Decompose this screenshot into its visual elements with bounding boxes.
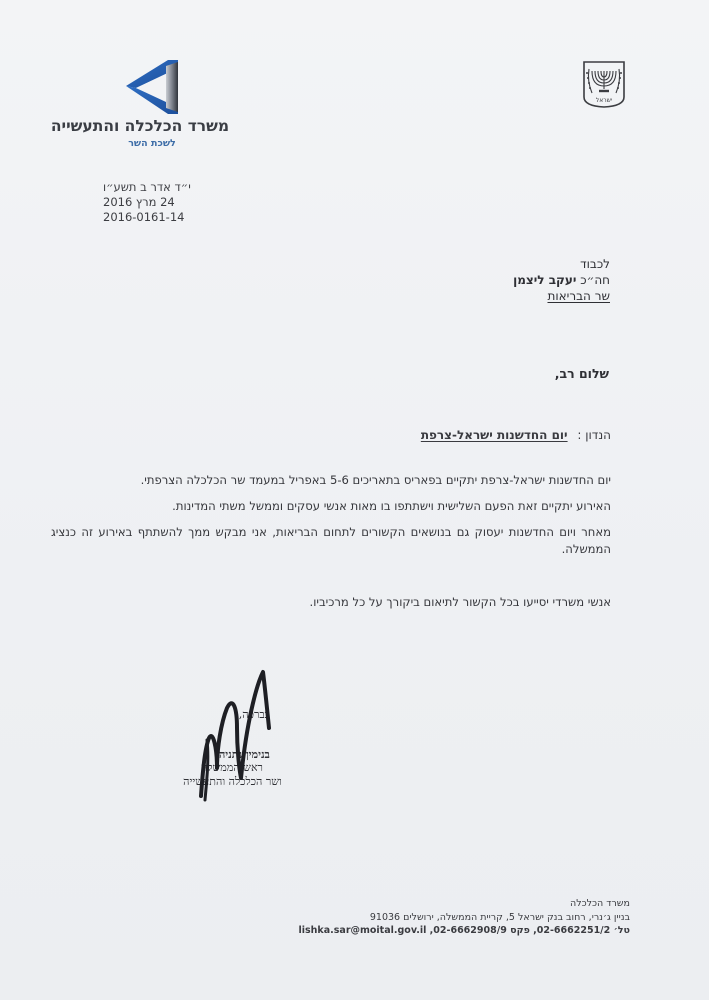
subject-line: הנדון : יום החדשנות ישראל-צרפת <box>421 428 611 442</box>
closing-paragraph: אנשי משרדי יסייעו בכל הקשור לתיאום ביקור… <box>51 594 611 611</box>
footer-contact: טל׳ 02-6662251/2, פקס 02-6662908/9, lish… <box>298 924 630 938</box>
footer-org-name: משרד הכלכלה <box>298 897 630 911</box>
footer: משרד הכלכלה בניין ג׳נרי, רחוב בנק ישראל … <box>298 897 630 938</box>
recipient-block: לכבוד חה״כ יעקב ליצמן שר הבריאות <box>513 256 610 304</box>
state-emblem-icon: ישראל <box>580 59 628 109</box>
emblem-caption: ישראל <box>596 97 612 104</box>
body-paragraph: מאחר ויום החדשנות יעסוק גם בנושאים הקשור… <box>51 524 611 558</box>
ministry-name: משרד הכלכלה והתעשייה <box>40 117 240 135</box>
subject-title: יום החדשנות ישראל-צרפת <box>421 428 568 442</box>
body-paragraph: יום החדשנות ישראל-צרפת יתקיים בפאריס בתא… <box>51 472 611 489</box>
office-name: לשכת השר <box>117 138 187 149</box>
recipient-title-prefix: חה״כ <box>580 273 610 287</box>
letter-body: יום החדשנות ישראל-צרפת יתקיים בפאריס בתא… <box>51 472 611 620</box>
recipient-salutation: לכבוד <box>513 256 610 272</box>
recipient-name-line: חה״כ יעקב ליצמן <box>513 272 610 288</box>
recipient-role: שר הבריאות <box>513 288 610 304</box>
gregorian-date: 24 מרץ 2016 <box>103 195 191 210</box>
subject-label: הנדון : <box>577 428 611 442</box>
body-paragraph: האירוע יתקיים זאת הפעם השלישית וישתתפו ב… <box>51 498 611 515</box>
footer-address: בניין ג׳נרי, רחוב בנק ישראל 5, קריית הממ… <box>298 911 630 925</box>
ministry-logo-icon <box>122 58 178 114</box>
recipient-name: יעקב ליצמן <box>513 273 576 287</box>
letter-page: משרד הכלכלה והתעשייה לשכת השר ישראל י״ד … <box>0 0 709 1000</box>
date-block: י״ד אדר ב תשע״ו 24 מרץ 2016 2016-0161-14 <box>103 180 191 225</box>
handwritten-signature-icon <box>195 668 275 803</box>
greeting: שלום רב, <box>555 366 609 381</box>
reference-number: 2016-0161-14 <box>103 210 191 225</box>
hebrew-date: י״ד אדר ב תשע״ו <box>103 180 191 195</box>
